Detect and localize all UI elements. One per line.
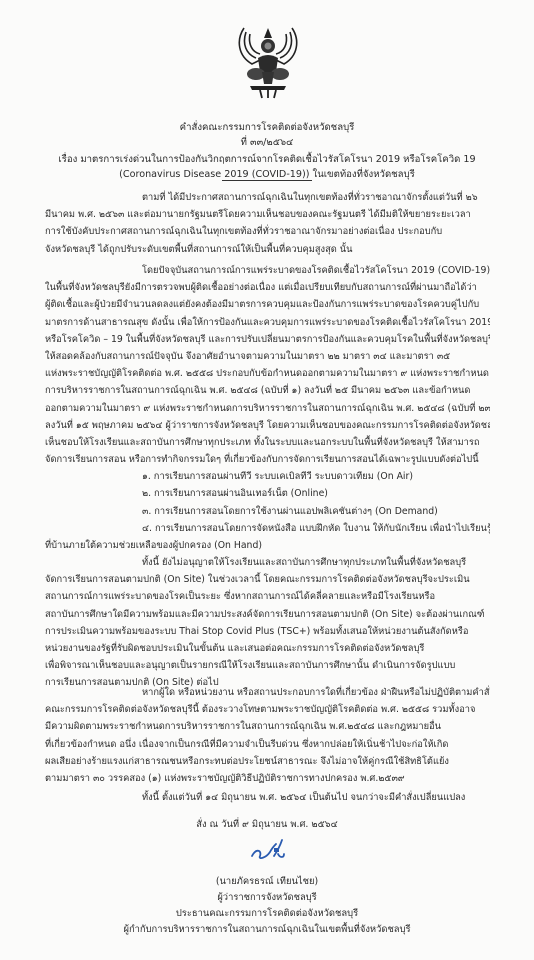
text-line: เพื่อพิจารณาเห็นชอบและอนุญาตเป็นรายกรณีใ…: [45, 657, 490, 674]
issuer-title: คำสั่งคณะกรรมการโรคติดต่อจังหวัดชลบุรี: [0, 122, 534, 134]
text-line: ในพื้นที่จังหวัดชลบุรียังมีการตรวจพบผู้ต…: [45, 279, 490, 296]
signer-title-supervisor: ผู้กำกับการบริหารราชการในสถานการณ์ฉุกเฉิ…: [0, 922, 534, 938]
paragraph-2: โดยปัจจุบันสถานการณ์การแพร่ระบาดของโรคติ…: [45, 262, 490, 554]
paragraph-3: ทั้งนี้ ยังไม่อนุญาตให้โรงเรียนและสถาบัน…: [45, 554, 490, 692]
signer-title-governor: ผู้ว่าราชการจังหวัดชลบุรี: [0, 890, 534, 906]
text-line: จัดการเรียนการสอนตามปกติ (On Site) ในช่ว…: [45, 571, 490, 588]
subject-line-1: เรื่อง มาตรการเร่งด่วนในการป้องกันวิกฤตก…: [0, 152, 534, 167]
paragraph-1: ตามที่ ได้มีประกาศสถานการณ์ฉุกเฉินในทุกเ…: [45, 189, 490, 258]
list-item: ๑. การเรียนการสอนผ่านทีวี ระบบเคเบิลทีวี…: [45, 468, 490, 485]
text-line: ผู้ติดเชื้อและผู้ป่วยมีจำนวนลดลงแต่ยังคง…: [45, 296, 490, 313]
text-line: สถาบันการศึกษาใดมีความพร้อมและมีความประส…: [45, 606, 490, 623]
text-line: หน่วยงานของรัฐที่รับผิดชอบประเมินในขั้นต…: [45, 640, 490, 657]
paragraph-4: หากผู้ใด หรือหน่วยงาน หรือสถานประกอบการใ…: [45, 684, 490, 806]
text-line: จังหวัดชลบุรี ได้ถูกปรับระดับเขตพื้นที่ส…: [45, 241, 490, 258]
order-date: สั่ง ณ วันที่ ๙ มิถุนายน พ.ศ. ๒๕๖๔: [0, 817, 534, 833]
text-line: การใช้บังคับประกาศสถานการณ์ฉุกเฉินในทุกเ…: [45, 223, 490, 240]
header-divider: [222, 180, 312, 181]
text-line: โดยปัจจุบันสถานการณ์การแพร่ระบาดของโรคติ…: [45, 262, 490, 279]
text-line: ตามมาตรา ๓๐ วรรคสอง (๑) แห่งพระราชบัญญัต…: [45, 770, 490, 787]
text-line: คณะกรรมการโรคติดต่อจังหวัดชลบุรีนี้ ต้อง…: [45, 701, 490, 718]
text-line: ตามที่ ได้มีประกาศสถานการณ์ฉุกเฉินในทุกเ…: [45, 189, 490, 206]
signer-title-chairman: ประธานคณะกรรมการโรคติดต่อจังหวัดชลบุรี: [0, 906, 534, 922]
text-line: หากผู้ใด หรือหน่วยงาน หรือสถานประกอบการใ…: [45, 684, 490, 701]
effective-date: ทั้งนี้ ตั้งแต่วันที่ ๑๔ มิถุนายน พ.ศ. ๒…: [45, 789, 490, 806]
text-line: แห่งพระราชบัญญัติโรคติดต่อ พ.ศ. ๒๕๕๘ ประ…: [45, 365, 490, 382]
text-line: ออกตามความในมาตรา ๙ แห่งพระราชกำหนดการบร…: [45, 400, 490, 417]
text-line: มาตรการด้านสาธารณสุข ดังนั้น เพื่อให้การ…: [45, 314, 490, 331]
list-item: ๒. การเรียนการสอนผ่านอินเทอร์เน็ต (Onlin…: [45, 485, 490, 502]
text-line: ลงวันที่ ๑๕ พฤษภาคม ๒๕๖๔ ผู้ว่าราชการจัง…: [45, 417, 490, 434]
list-item: ๓. การเรียนการสอนโดยการใช้งานผ่านแอปพลิเ…: [45, 503, 490, 520]
list-item-continuation: ที่บ้านภายใต้ความช่วยเหลือของผู้ปกครอง (…: [45, 537, 490, 554]
text-line: ให้สอดคล้องกับสถานการณ์ปัจจุบัน จึงอาศัย…: [45, 348, 490, 365]
text-line: จัดการเรียนการสอน หรือการทำกิจกรรมใดๆ ที…: [45, 451, 490, 468]
text-line: การประเมินความพร้อมของระบบ Thai Stop Cov…: [45, 623, 490, 640]
text-line: มีความผิดตามพระราชกำหนดการบริหารราชการใน…: [45, 718, 490, 735]
text-line: ที่เกี่ยวข้องกำหนด อนึ่ง เนื่องจากเป็นกร…: [45, 736, 490, 753]
order-number: ที่ ๓๓/๒๕๖๔: [0, 137, 534, 149]
text-line: ผลเสียอย่างร้ายแรงแก่สาธารณชนหรือกระทบต่…: [45, 753, 490, 770]
text-line: สถานการณ์การแพร่ระบาดของโรคเป็นระยะ ซึ่ง…: [45, 588, 490, 605]
text-line: หรือโรคโควิด – 19 ในพื้นที่จังหวัดชลบุรี…: [45, 331, 490, 348]
signature-icon: [248, 836, 288, 866]
text-line: ทั้งนี้ ยังไม่อนุญาตให้โรงเรียนและสถาบัน…: [45, 554, 490, 571]
signer-name: (นายภัครธรณ์ เทียนไชย): [0, 874, 534, 890]
list-item: ๔. การเรียนการสอนโดยการจัดหนังสือ แบบฝึก…: [45, 520, 490, 537]
text-line: มีนาคม พ.ศ. ๒๕๖๓ และต่อมานายกรัฐมนตรีโดย…: [45, 206, 490, 223]
text-line: การบริหารราชการในสถานการณ์ฉุกเฉิน พ.ศ. ๒…: [45, 382, 490, 399]
document-page: คำสั่งคณะกรรมการโรคติดต่อจังหวัดชลบุรี ท…: [0, 0, 534, 960]
text-line: เห็นชอบให้โรงเรียนและสถาบันการศึกษาทุกปร…: [45, 434, 490, 451]
garuda-emblem-icon: [232, 22, 304, 100]
